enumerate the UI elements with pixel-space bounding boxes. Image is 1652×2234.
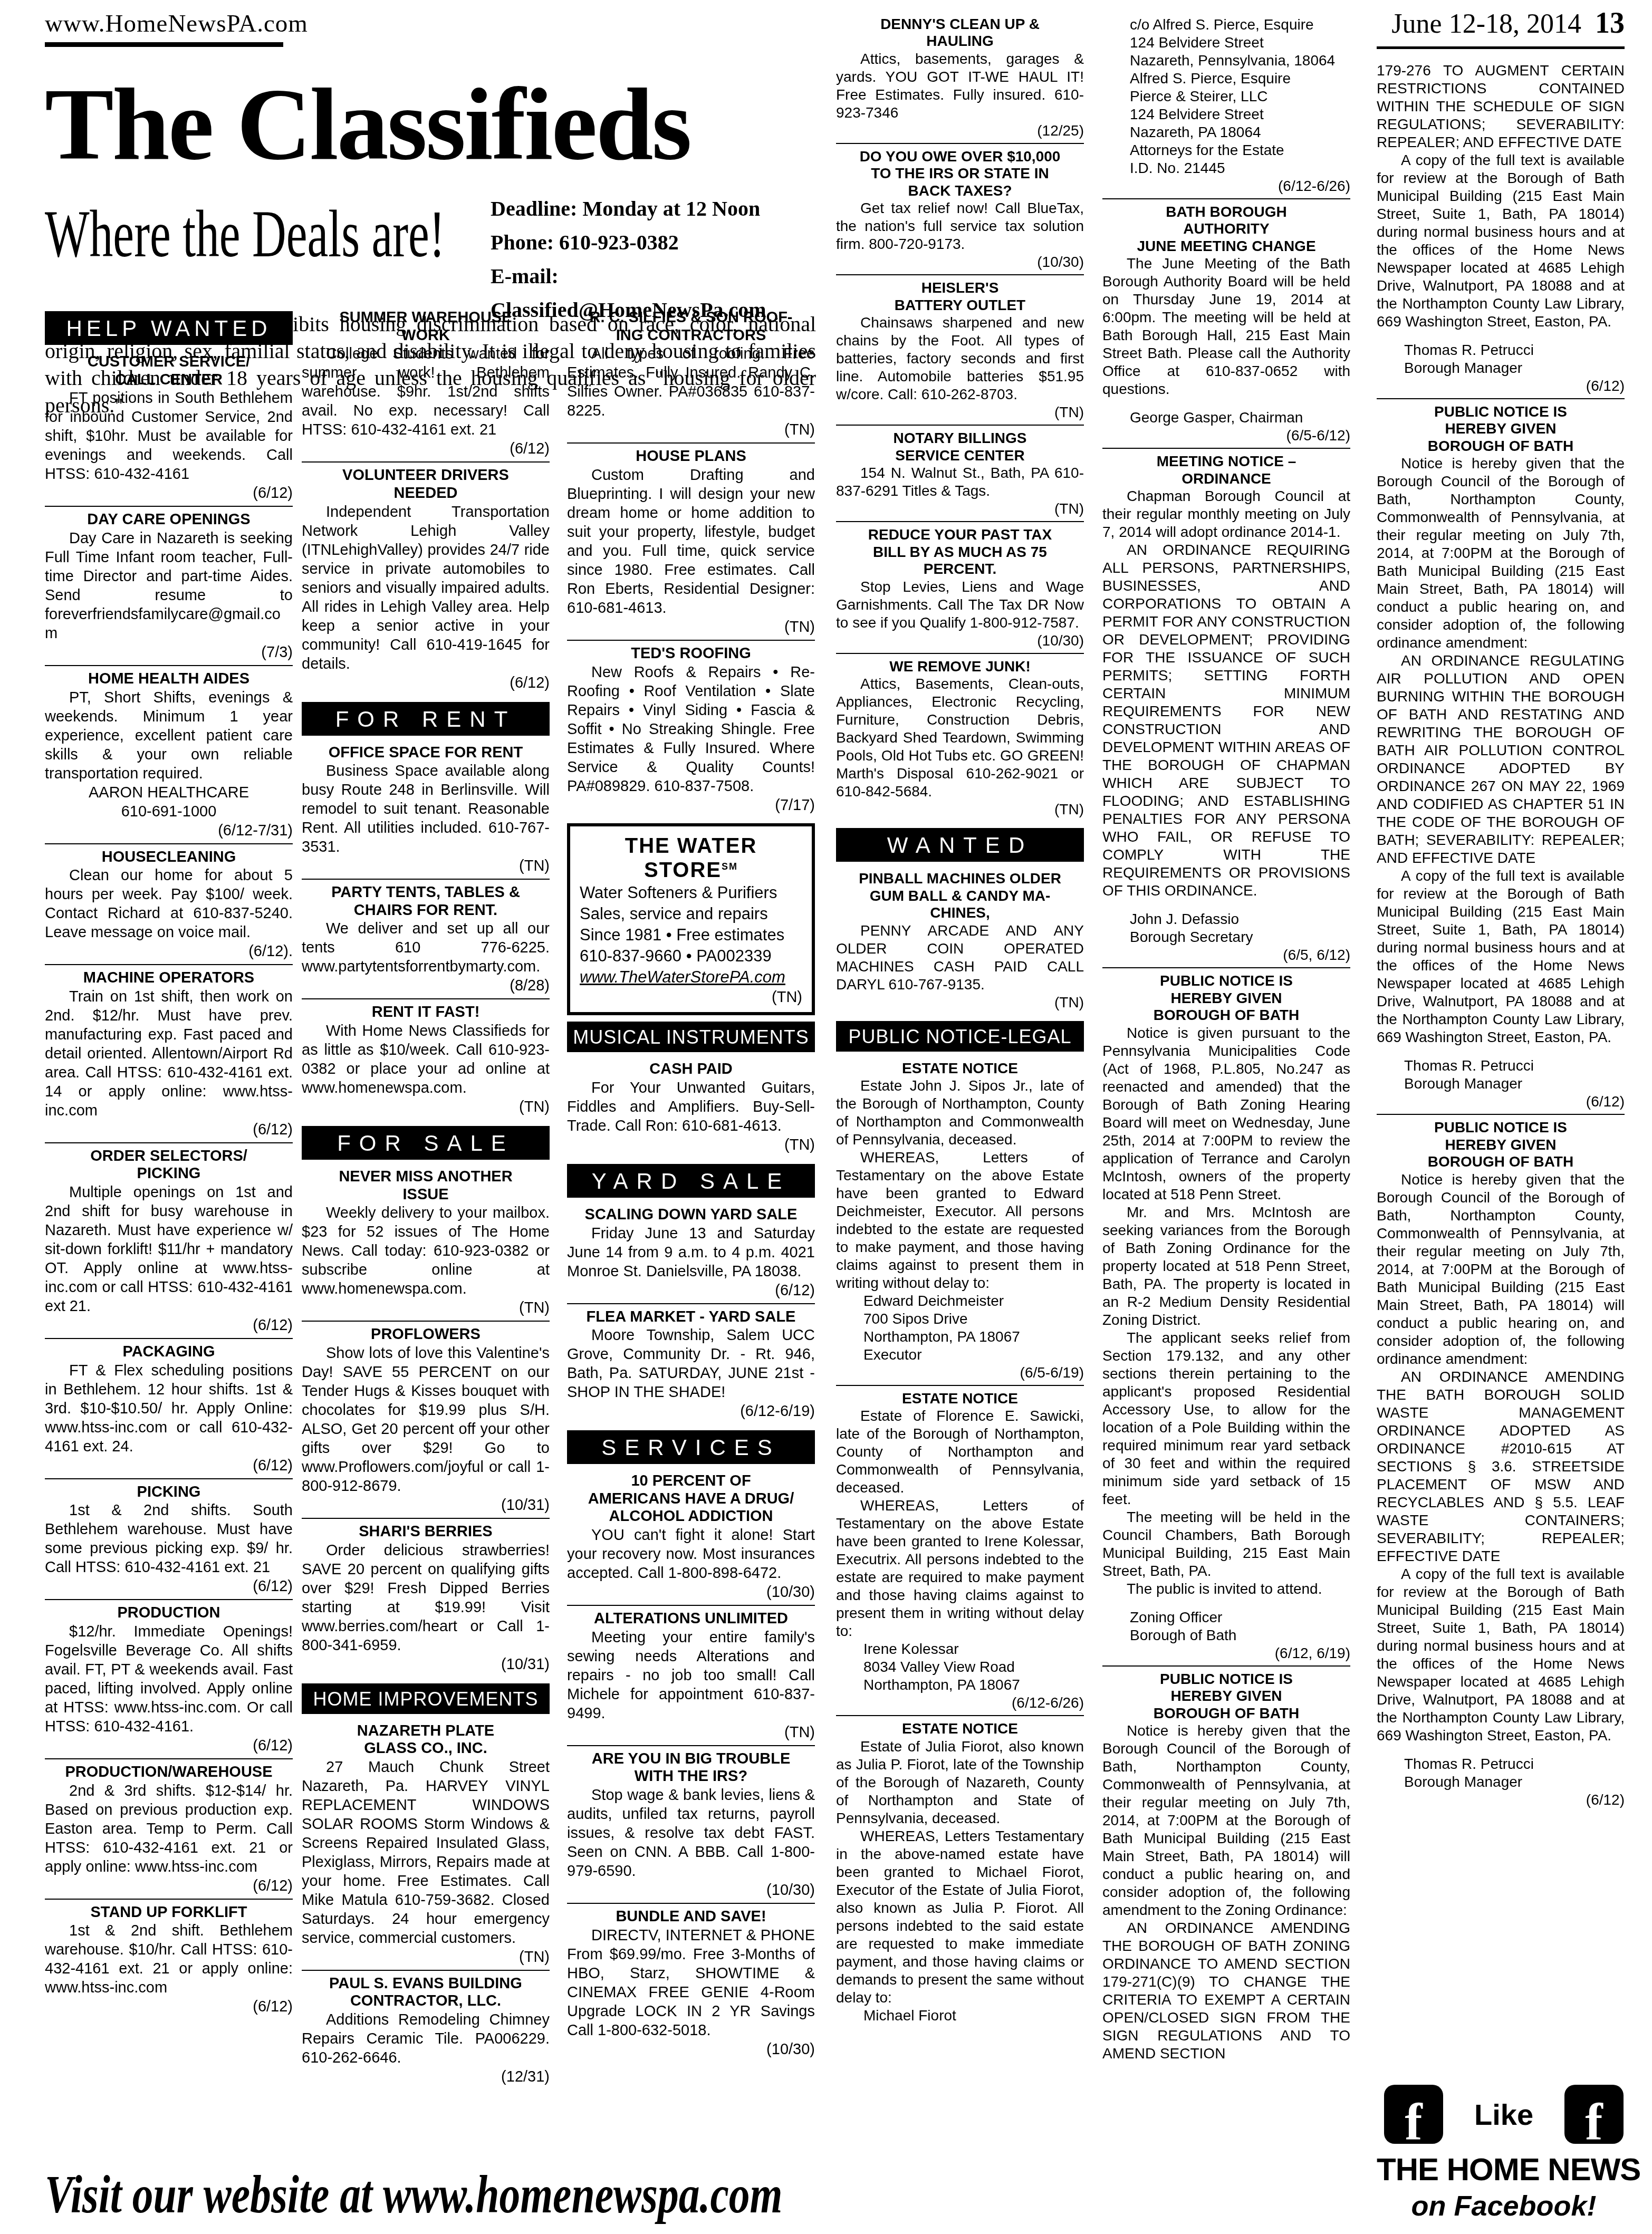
ad-title-text: NAZARETH PLATE: [357, 1722, 494, 1739]
ad-citation: (6/12): [45, 484, 293, 503]
ad-title: PINBALL MACHINES OLDER: [836, 870, 1084, 887]
ad-body: Train on 1st shift, then work on 2nd. $1…: [45, 987, 293, 1120]
ad-title: ESTATE NOTICE: [836, 1390, 1084, 1407]
ad-title: ORDER SELECTORS/: [45, 1148, 293, 1166]
ad-title: PERCENT.: [836, 561, 1084, 577]
ad-citation: (6/12): [567, 1281, 815, 1300]
facebook-icon-row: f Like f: [1377, 2085, 1631, 2144]
classified-ad-bath-borough: BATH BOROUGHAUTHORITYJUNE MEETING CHANGE…: [1102, 198, 1350, 448]
ad-title: CONTRACTOR, LLC.: [302, 1992, 550, 2010]
classified-ad-day-care-openings: DAY CARE OPENINGSDay Care in Nazareth is…: [45, 506, 293, 665]
classified-ad-pinball-machines-older: PINBALL MACHINES OLDERGUM BALL & CANDY M…: [836, 866, 1084, 1014]
classified-ad-r-c-silfies-son-roof: R. C. SILFIES & SON ROOF-ING CONTRACTORS…: [567, 305, 815, 442]
ad-signature: Zoning Officer: [1102, 1609, 1350, 1626]
page-date-header: June 12-18, 2014 13: [1377, 6, 1625, 49]
ad-title: PRODUCTION: [45, 1604, 293, 1622]
ad-title-text: NOTARY BILLINGS: [893, 430, 1026, 446]
classified-ad-ted-s-roofing: TED'S ROOFINGNew Roofs & Repairs • Re-Ro…: [567, 640, 815, 818]
ad-body: The June Meeting of the Bath Borough Aut…: [1102, 255, 1350, 398]
ad-signature: Borough Manager: [1377, 1773, 1625, 1791]
section-header-for-sale: FOR SALE: [302, 1126, 550, 1160]
ad-body: With Home News Classifieds for as little…: [302, 1022, 550, 1097]
ad-title-text: CHAIRS FOR RENT.: [354, 902, 497, 919]
ad-signature: John J. Defassio: [1102, 910, 1350, 928]
ad-body: Additions Remodeling Chimney Repairs Cer…: [302, 2010, 550, 2067]
ad-address-line: Nazareth, Pennsylvania, 18064: [1102, 52, 1350, 70]
section-header-public-notice-legal: PUBLIC NOTICE-LEGAL: [836, 1021, 1084, 1052]
ad-title: THE WATER STORESM: [580, 834, 802, 883]
ad-citation: (6/5, 6/12): [1102, 946, 1350, 964]
ad-address-line: Nazareth, PA 18064: [1102, 123, 1350, 141]
ad-citation: (TN): [302, 856, 550, 875]
ad-body: Mr. and Mrs. McIntosh are seeking varian…: [1102, 1203, 1350, 1329]
ad-citation: (10/30): [836, 632, 1084, 650]
ad-title: PUBLIC NOTICE IS: [1102, 1671, 1350, 1688]
tagline: Where the Deals are!: [45, 195, 445, 273]
ad-body: 154 N. Walnut St., Bath, PA 610-837-6291…: [836, 464, 1084, 500]
ad-title-text: WITH THE IRS?: [635, 1768, 747, 1785]
ad-citation: (TN): [567, 1723, 815, 1742]
ad-address-line: Alfred S. Pierce, Esquire: [1102, 70, 1350, 88]
ad-title-text: FLEA MARKET - YARD SALE: [587, 1308, 796, 1325]
classified-ad-notary-billings: NOTARY BILLINGSSERVICE CENTER154 N. Waln…: [836, 425, 1084, 521]
ad-signature: Borough Manager: [1377, 1075, 1625, 1093]
classified-ad-volunteer-drivers: VOLUNTEER DRIVERSNEEDEDIndependent Trans…: [302, 461, 550, 695]
ad-title-text: ISSUE: [402, 1186, 448, 1203]
classified-ad-do-you-owe-over-10-000: DO YOU OWE OVER $10,000TO THE IRS OR STA…: [836, 143, 1084, 274]
facebook-promo: f Like f THE HOME NEWS on Facebook!: [1375, 2081, 1633, 2227]
ad-title-text: CALL CENTER: [115, 371, 223, 388]
ad-body: PENNY ARCADE AND ANY OLDER COIN OPERATED…: [836, 922, 1084, 994]
ad-line: Water Softeners & Purifiers: [580, 882, 802, 903]
ad-title-text: BUNDLE AND SAVE!: [616, 1908, 766, 1925]
ad-citation: (TN): [567, 1135, 815, 1154]
ad-title: HAULING: [836, 33, 1084, 50]
ad-body: Notice is given pursuant to the Pennsylv…: [1102, 1024, 1350, 1203]
section-header-help-wanted: HELP WANTED: [45, 311, 293, 345]
header-rule: [45, 42, 283, 47]
ad-title: ALTERATIONS UNLIMITED: [567, 1610, 815, 1628]
ad-body: College Students wanted for summer work!…: [302, 344, 550, 439]
ad-title-text: CUSTOMER SERVICE/: [88, 353, 250, 370]
classified-ad-alterations-unlimited: ALTERATIONS UNLIMITEDMeeting your entire…: [567, 1605, 815, 1745]
ad-title: CUSTOMER SERVICE/: [45, 353, 293, 371]
ad-title: HEISLER'S: [836, 280, 1084, 296]
ad-title-text: ALTERATIONS UNLIMITED: [594, 1610, 788, 1627]
ad-citation: (6/12): [45, 1997, 293, 2016]
ad-title: REDUCE YOUR PAST TAX: [836, 526, 1084, 543]
ad-body: We deliver and set up all our tents 610 …: [302, 919, 550, 976]
classified-ad-never-miss-another: NEVER MISS ANOTHERISSUEWeekly delivery t…: [302, 1164, 550, 1321]
section-header-wanted: WANTED: [836, 828, 1084, 862]
column-1: HELP WANTEDCUSTOMER SERVICE/CALL CENTERF…: [45, 305, 293, 2127]
ad-citation: (10/31): [302, 1496, 550, 1515]
ad-address-line: 8034 Valley View Road: [836, 1658, 1084, 1676]
ad-title: MEETING NOTICE –: [1102, 453, 1350, 470]
ad-title: TO THE IRS OR STATE IN: [836, 165, 1084, 182]
ad-title-text: HEREBY GIVEN: [1170, 1688, 1282, 1704]
ad-title-text: RENT IT FAST!: [372, 1004, 480, 1020]
ad-body: The meeting will be held in the Council …: [1102, 1508, 1350, 1580]
ad-title: FLEA MARKET - YARD SALE: [567, 1308, 815, 1326]
ad-signature: Borough Manager: [1377, 359, 1625, 377]
classified-ad-party-tents-tables: PARTY TENTS, TABLES &CHAIRS FOR RENT.We …: [302, 879, 550, 998]
classified-ad-rent-it-fast: RENT IT FAST!With Home News Classifieds …: [302, 998, 550, 1120]
ad-title-text: HEREBY GIVEN: [1445, 1137, 1556, 1153]
ad-title-text: R. C. SILFIES & SON ROOF-: [589, 309, 792, 326]
ad-citation: (10/30): [836, 253, 1084, 271]
classified-ad-customer-service: CUSTOMER SERVICE/CALL CENTERFT positions…: [45, 349, 293, 506]
ad-citation: (6/12): [1377, 1791, 1625, 1809]
ad-title-text: SUMMER WAREHOUSE: [339, 309, 512, 326]
ad-citation: (6/12): [45, 1736, 293, 1755]
ad-title-text: BOROUGH OF BATH: [1154, 1705, 1299, 1721]
ad-title: BACK TAXES?: [836, 182, 1084, 199]
ad-address-line: 124 Belvidere Street: [1102, 34, 1350, 52]
classified-ad-estate-notice: ESTATE NOTICEEstate of Florence E. Sawic…: [836, 1385, 1084, 1715]
ad-address-line: 700 Sipos Drive: [836, 1310, 1084, 1328]
facebook-icon: f: [1564, 2085, 1624, 2144]
ad-title-text: SERVICE CENTER: [895, 447, 1024, 464]
ad-body: Chainsaws sharpened and new chains by th…: [836, 314, 1084, 403]
classified-ad-are-you-in-big-trouble: ARE YOU IN BIG TROUBLEWITH THE IRS?Stop …: [567, 1745, 815, 1903]
ad-title: BILL BY AS MUCH AS 75: [836, 544, 1084, 561]
ad-title: PACKAGING: [45, 1343, 293, 1361]
ad-title: ESTATE NOTICE: [836, 1060, 1084, 1077]
ad-title-text: PRODUCTION: [118, 1604, 220, 1621]
ad-title: SCALING DOWN YARD SALE: [567, 1206, 815, 1224]
ad-citation: (6/12): [45, 1876, 293, 1895]
ad-title-text: PINBALL MACHINES OLDER: [859, 870, 1061, 887]
ad-title-text: HEREBY GIVEN: [1170, 990, 1282, 1006]
ad-title-text: REDUCE YOUR PAST TAX: [868, 526, 1052, 543]
classified-ad-heisler-s: HEISLER'SBATTERY OUTLETChainsaws sharpen…: [836, 274, 1084, 425]
ad-title: BOROUGH OF BATH: [1377, 438, 1625, 455]
ad-title-text: STAND UP FORKLIFT: [91, 1904, 247, 1921]
ad-title: PUBLIC NOTICE IS: [1377, 403, 1625, 420]
ad-citation: (6/12-6/26): [1102, 177, 1350, 195]
ad-signature: Thomas R. Petrucci: [1377, 1755, 1625, 1773]
classified-ad-the-water-store: THE WATER STORESMWater Softeners & Purif…: [567, 823, 815, 1016]
ad-title: AUTHORITY: [1102, 220, 1350, 237]
ad-body: A copy of the full text is available for…: [1377, 1565, 1625, 1745]
ad-signature: Borough Secretary: [1102, 928, 1350, 946]
ad-title-text: JUNE MEETING CHANGE: [1137, 238, 1315, 254]
section-header-for-rent: FOR RENT: [302, 702, 550, 736]
ad-title-text: PUBLIC NOTICE IS: [1160, 972, 1293, 989]
ad-citation: (10/31): [302, 1655, 550, 1674]
section-header-yard-sale: YARD SALE: [567, 1164, 815, 1198]
ad-citation: (6/12): [302, 439, 550, 458]
ad-center-line: AARON HEALTHCARE: [45, 783, 293, 802]
ad-body: Business Space available along busy Rout…: [302, 762, 550, 856]
ad-citation: (TN): [836, 500, 1084, 518]
ad-citation: (TN): [836, 801, 1084, 819]
ad-body: Notice is hereby given that the Borough …: [1377, 455, 1625, 652]
ad-body: WHEREAS, Letters of Testamentary on the …: [836, 1497, 1084, 1640]
ad-title-text: CASH PAID: [649, 1061, 732, 1077]
ad-title-text: AMERICANS HAVE A DRUG/: [588, 1490, 794, 1507]
classified-ad-scaling-down-yard-sale: SCALING DOWN YARD SALEFriday June 13 and…: [567, 1202, 815, 1303]
ad-title: GLASS CO., INC.: [302, 1740, 550, 1758]
classified-ad-estate-notice: ESTATE NOTICEEstate of Julia Fiorot, als…: [836, 1715, 1084, 2027]
ad-body: Stop Levies, Liens and Wage Garnishments…: [836, 578, 1084, 632]
ad-title: WE REMOVE JUNK!: [836, 658, 1084, 675]
ad-title: DAY CARE OPENINGS: [45, 511, 293, 529]
ad-body: Multiple openings on 1st and 2nd shift f…: [45, 1183, 293, 1316]
ad-title-text: CHINES,: [930, 904, 990, 921]
page-title: The Classifieds: [45, 65, 816, 184]
ad-body: Day Care in Nazareth is seeking Full Tim…: [45, 529, 293, 643]
ad-title: SERVICE CENTER: [836, 447, 1084, 464]
ad-citation: (TN): [567, 618, 815, 637]
ad-body: WHEREAS, Letters of Testamentary on the …: [836, 1149, 1084, 1292]
ad-title: HEREBY GIVEN: [1102, 1688, 1350, 1705]
ad-title: R. C. SILFIES & SON ROOF-: [567, 309, 815, 327]
ad-body: Clean our home for about 5 hours per wee…: [45, 866, 293, 942]
classified-ad-10-percent-of: 10 PERCENT OFAMERICANS HAVE A DRUG/ALCOH…: [567, 1468, 815, 1605]
ad-citation: (7/17): [567, 796, 815, 815]
ad-body: FT positions in South Bethlehem for inbo…: [45, 389, 293, 484]
classified-ad-production-warehouse: PRODUCTION/WAREHOUSE2nd & 3rd shifts. $1…: [45, 1758, 293, 1899]
ad-title-text: ARE YOU IN BIG TROUBLE: [592, 1750, 791, 1767]
ad-title: JUNE MEETING CHANGE: [1102, 238, 1350, 255]
ad-title-text: WE REMOVE JUNK!: [889, 658, 1031, 675]
ad-body: Meeting your entire family's sewing need…: [567, 1628, 815, 1723]
ad-signature: George Gasper, Chairman: [1102, 409, 1350, 427]
classified-ad-picking: PICKING1st & 2nd shifts. South Bethlehem…: [45, 1478, 293, 1600]
ad-title: PARTY TENTS, TABLES &: [302, 884, 550, 902]
ad-title: BUNDLE AND SAVE!: [567, 1908, 815, 1926]
website-banner: Visit our website at www.homenewspa.com: [45, 2164, 816, 2226]
classified-ad-continuation: c/o Alfred S. Pierce, Esquire124 Belvide…: [1102, 12, 1350, 198]
ad-title: AMERICANS HAVE A DRUG/: [567, 1490, 815, 1508]
ad-title-text: TED'S ROOFING: [631, 645, 751, 662]
ad-citation: (7/3): [45, 643, 293, 662]
newspaper-classifieds-page: www.HomeNewsPA.com The Classifieds Where…: [0, 0, 1652, 2234]
ad-title-text: VOLUNTEER DRIVERS: [342, 467, 509, 484]
ad-body: Attics, basements, garages & yards. YOU …: [836, 50, 1084, 122]
ad-title-text: BATTERY OUTLET: [895, 297, 1025, 313]
ad-address-line: Pierce & Steirer, LLC: [1102, 88, 1350, 105]
ad-title-text: ESTATE NOTICE: [902, 1720, 1018, 1737]
classified-ad-denny-s-clean-up: DENNY'S CLEAN UP &HAULINGAttics, basemen…: [836, 12, 1084, 143]
ad-body: For Your Unwanted Guitars, Fiddles and A…: [567, 1079, 815, 1135]
ad-title: PROFLOWERS: [302, 1326, 550, 1344]
ad-title-text: SHARI'S BERRIES: [359, 1523, 492, 1540]
ad-title: ING CONTRACTORS: [567, 327, 815, 345]
ad-title-text: PERCENT.: [924, 561, 996, 577]
ad-body: $12/hr. Immediate Openings! Fogelsville …: [45, 1622, 293, 1736]
ad-title: NEVER MISS ANOTHER: [302, 1168, 550, 1186]
ad-center-line: 610-691-1000: [45, 802, 293, 821]
ad-title: SHARI'S BERRIES: [302, 1523, 550, 1541]
classified-ad-production: PRODUCTION$12/hr. Immediate Openings! Fo…: [45, 1599, 293, 1758]
ad-title: NEEDED: [302, 485, 550, 503]
ad-title-text: ORDER SELECTORS/: [90, 1148, 247, 1164]
ad-title-text: GUM BALL & CANDY MA-: [870, 888, 1051, 904]
classified-ad-we-remove-junk: WE REMOVE JUNK!Attics, Basements, Clean-…: [836, 653, 1084, 822]
ad-body: 1st & 2nd shift. Bethlehem warehouse. $1…: [45, 1921, 293, 1997]
ad-citation: (TN): [836, 994, 1084, 1012]
ad-address-line: Michael Fiorot: [836, 2007, 1084, 2025]
ad-title-text: BILL BY AS MUCH AS 75: [873, 544, 1047, 560]
ad-citation: (6/5-6/12): [1102, 427, 1350, 445]
ad-title-text: ESTATE NOTICE: [902, 1390, 1018, 1407]
classified-ad-housecleaning: HOUSECLEANINGClean our home for about 5 …: [45, 843, 293, 965]
ad-citation: (TN): [302, 1097, 550, 1116]
ad-body: 1st & 2nd shifts. South Bethlehem wareho…: [45, 1501, 293, 1577]
classified-ad-nazareth-plate: NAZARETH PLATEGLASS CO., INC.27 Mauch Ch…: [302, 1718, 550, 1970]
ad-citation: (10/30): [567, 1583, 815, 1602]
ad-title: CASH PAID: [567, 1061, 815, 1079]
ad-body: 27 Mauch Chunk Street Nazareth, Pa. HARV…: [302, 1758, 550, 1948]
ad-address-line: I.D. No. 21445: [1102, 159, 1350, 177]
ad-address-line: Irene Kolessar: [836, 1640, 1084, 1658]
ad-title: MACHINE OPERATORS: [45, 969, 293, 987]
ad-title-text: BOROUGH OF BATH: [1428, 438, 1573, 454]
ad-citation: (6/12-6/26): [836, 1694, 1084, 1712]
ad-title-text: BOROUGH OF BATH: [1428, 1153, 1573, 1170]
ad-citation: (6/12): [45, 1316, 293, 1335]
ad-title: PRODUCTION/WAREHOUSE: [45, 1764, 293, 1782]
ad-citation: (6/12).: [45, 942, 293, 961]
ad-body: Get tax relief now! Call BlueTax, the na…: [836, 199, 1084, 253]
ad-title-text: THE WATER STORE: [625, 834, 757, 882]
column-5: c/o Alfred S. Pierce, Esquire124 Belvide…: [1102, 12, 1350, 2229]
ad-body: Custom Drafting and Blueprinting. I will…: [567, 466, 815, 618]
deadline-line: Deadline: Monday at 12 Noon: [491, 192, 816, 226]
ad-title: WITH THE IRS?: [567, 1768, 815, 1786]
ad-citation: (6/12-6/19): [567, 1402, 815, 1421]
ad-body: Moore Township, Salem UCC Grove, Communi…: [567, 1326, 815, 1402]
ad-title: PICKING: [45, 1484, 293, 1501]
ad-title-text: PUBLIC NOTICE IS: [1160, 1671, 1293, 1687]
ad-title: BOROUGH OF BATH: [1102, 1705, 1350, 1722]
ad-citation: (10/30): [567, 2040, 815, 2059]
ad-body: Weekly delivery to your mailbox. $23 for…: [302, 1203, 550, 1298]
ad-title-text: HEISLER'S: [921, 280, 999, 296]
section-header-musical-instruments: MUSICAL INSTRUMENTS: [567, 1022, 815, 1052]
ad-body: PT, Short Shifts, evenings & weekends. M…: [45, 688, 293, 783]
ad-title-text: 10 PERCENT OF: [631, 1472, 751, 1489]
ad-address-line: c/o Alfred S. Pierce, Esquire: [1102, 16, 1350, 34]
classified-ad-order-selectors: ORDER SELECTORS/PICKINGMultiple openings…: [45, 1142, 293, 1338]
ad-title: CHINES,: [836, 904, 1084, 921]
ad-title-text: ESTATE NOTICE: [902, 1060, 1018, 1076]
ad-title: BOROUGH OF BATH: [1102, 1007, 1350, 1024]
ad-title-text: PICKING: [137, 1165, 201, 1182]
ad-citation: (6/12): [45, 1577, 293, 1596]
classified-ad-public-notice-is: PUBLIC NOTICE ISHEREBY GIVENBOROUGH OF B…: [1377, 1114, 1625, 1812]
ad-title-text: NEEDED: [394, 485, 458, 502]
phone-line: Phone: 610-923-0382: [491, 226, 816, 259]
ad-title: ARE YOU IN BIG TROUBLE: [567, 1750, 815, 1768]
website-banner-text: Visit our website at www.homenewspa.com: [45, 2164, 782, 2226]
ad-signature: Thomas R. Petrucci: [1377, 1057, 1625, 1075]
ad-body: FT & Flex scheduling positions in Bethle…: [45, 1361, 293, 1456]
ad-title: NOTARY BILLINGS: [836, 430, 1084, 447]
ad-body: Order delicious strawberries! SAVE 20 pe…: [302, 1541, 550, 1655]
column-2: SUMMER WAREHOUSEWORKCollege Students wan…: [302, 305, 550, 2127]
ad-body: 2nd & 3rd shifts. $12-$14/ hr. Based on …: [45, 1782, 293, 1876]
page-number: 13: [1595, 6, 1625, 40]
classified-ad-house-plans: HOUSE PLANSCustom Drafting and Blueprint…: [567, 442, 815, 640]
facebook-promo-subtitle: on Facebook!: [1377, 2190, 1631, 2222]
ad-title-text: GLASS CO., INC.: [364, 1740, 487, 1757]
ad-title: HOUSE PLANS: [567, 448, 815, 466]
ad-citation: (TN): [580, 988, 802, 1007]
ad-title: HEREBY GIVEN: [1102, 990, 1350, 1007]
ad-line: Sales, service and repairs: [580, 903, 802, 925]
ad-title: STAND UP FORKLIFT: [45, 1904, 293, 1922]
website-url: www.HomeNewsPA.com: [45, 9, 816, 38]
ad-body: Notice is hereby given that the Borough …: [1377, 1171, 1625, 1368]
ad-body: Notice is hereby given that the Borough …: [1102, 1722, 1350, 1919]
tagline-row: Where the Deals are! Deadline: Monday at…: [45, 189, 816, 297]
ad-body: Friday June 13 and Saturday June 14 from…: [567, 1224, 815, 1281]
ad-signature: Borough of Bath: [1102, 1626, 1350, 1644]
ad-title-text: HOUSECLEANING: [102, 849, 236, 865]
ad-body: All types of roofing. Free Estimates. Fu…: [567, 344, 815, 420]
ad-title-text: PICKING: [137, 1484, 201, 1500]
facebook-like-label: Like: [1474, 2097, 1533, 2132]
ad-title: BATTERY OUTLET: [836, 297, 1084, 314]
ad-body: Independent Transportation Network Lehig…: [302, 503, 550, 673]
ad-line: www.TheWaterStorePA.com: [580, 967, 802, 988]
ad-body: YOU can't fight it alone! Start your rec…: [567, 1526, 815, 1583]
ad-title-text: ALCOHOL ADDICTION: [609, 1508, 773, 1525]
classified-ad-home-health-aides: HOME HEALTH AIDESPT, Short Shifts, eveni…: [45, 665, 293, 843]
classified-ad-reduce-your-past-tax: REDUCE YOUR PAST TAXBILL BY AS MUCH AS 7…: [836, 521, 1084, 652]
ad-title-text: MACHINE OPERATORS: [83, 969, 254, 986]
ad-line: 610-837-9660 • PA002339: [580, 946, 802, 967]
ad-title-text: TO THE IRS OR STATE IN: [871, 165, 1049, 181]
issue-date: June 12-18, 2014: [1391, 8, 1581, 40]
ad-title: PAUL S. EVANS BUILDING: [302, 1975, 550, 1993]
ad-body: The applicant seeks relief from Section …: [1102, 1329, 1350, 1508]
ad-title-text: HAULING: [926, 33, 994, 49]
ad-citation: (TN): [302, 1948, 550, 1967]
facebook-icon-glyph: f: [1585, 2092, 1602, 2144]
classified-ad-public-notice-is: PUBLIC NOTICE ISHEREBY GIVENBOROUGH OF B…: [1102, 1665, 1350, 2066]
ad-title-text: HOUSE PLANS: [636, 448, 746, 465]
ad-title: VOLUNTEER DRIVERS: [302, 467, 550, 485]
ad-title: ALCOHOL ADDICTION: [567, 1508, 815, 1526]
ad-signature: Thomas R. Petrucci: [1377, 341, 1625, 359]
trademark-symbol: SM: [722, 861, 738, 872]
column-3: R. C. SILFIES & SON ROOF-ING CONTRACTORS…: [567, 305, 815, 2127]
ad-body: New Roofs & Repairs • Re-Roofing • Roof …: [567, 663, 815, 796]
ad-address-line: Edward Deichmeister: [836, 1292, 1084, 1310]
ad-body: AN ORDINANCE REQUIRING ALL PERSONS, PART…: [1102, 541, 1350, 900]
ad-title-text: HEREBY GIVEN: [1445, 420, 1556, 437]
ad-title-text: HOME HEALTH AIDES: [88, 670, 249, 687]
ad-title-text: AUTHORITY: [1183, 220, 1269, 237]
ad-citation: (6/12): [302, 673, 550, 692]
ad-title-text: NEVER MISS ANOTHER: [339, 1168, 512, 1185]
ad-title-text: DO YOU OWE OVER $10,000: [860, 148, 1061, 165]
ad-citation: (6/12): [1377, 377, 1625, 395]
ad-citation: (12/31): [302, 2067, 550, 2086]
ad-title: SUMMER WAREHOUSE: [302, 309, 550, 327]
ad-title: HOME HEALTH AIDES: [45, 670, 293, 688]
ad-title-text: PUBLIC NOTICE IS: [1434, 403, 1567, 420]
ad-title-text: PUBLIC NOTICE IS: [1434, 1119, 1567, 1135]
classified-ad-paul-s-evans-building: PAUL S. EVANS BUILDINGCONTRACTOR, LLC.Ad…: [302, 1970, 550, 2089]
ad-body: Show lots of love this Valentine's Day! …: [302, 1344, 550, 1496]
classified-ad-packaging: PACKAGINGFT & Flex scheduling positions …: [45, 1338, 293, 1478]
